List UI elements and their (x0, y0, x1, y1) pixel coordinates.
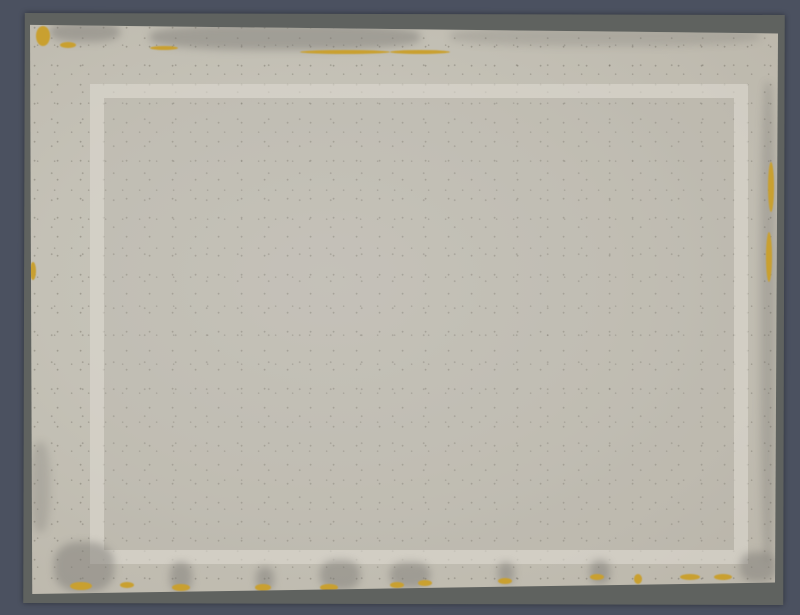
residue-right (760, 82, 776, 562)
glue-stain (150, 46, 178, 50)
glue-stain (172, 584, 190, 591)
residue-blob (590, 560, 610, 584)
glue-stain (120, 582, 134, 588)
glue-stain (418, 580, 432, 586)
glue-stain (390, 582, 404, 588)
glue-stain (680, 574, 700, 580)
glue-stain (390, 50, 450, 54)
glue-stain (714, 574, 732, 580)
residue-blob (740, 552, 776, 582)
glue-stain (300, 50, 390, 54)
glue-stain (60, 42, 76, 48)
plate-mark (90, 84, 748, 564)
residue-left (30, 442, 50, 532)
paper-sheet (30, 22, 778, 594)
glue-stain (634, 574, 642, 584)
glue-stain (766, 232, 772, 282)
glue-stain (498, 578, 512, 584)
glue-stain (255, 584, 271, 591)
glue-stain (70, 582, 92, 590)
glue-stain (36, 26, 50, 46)
glue-stain (590, 574, 604, 580)
glue-stain (768, 162, 774, 212)
